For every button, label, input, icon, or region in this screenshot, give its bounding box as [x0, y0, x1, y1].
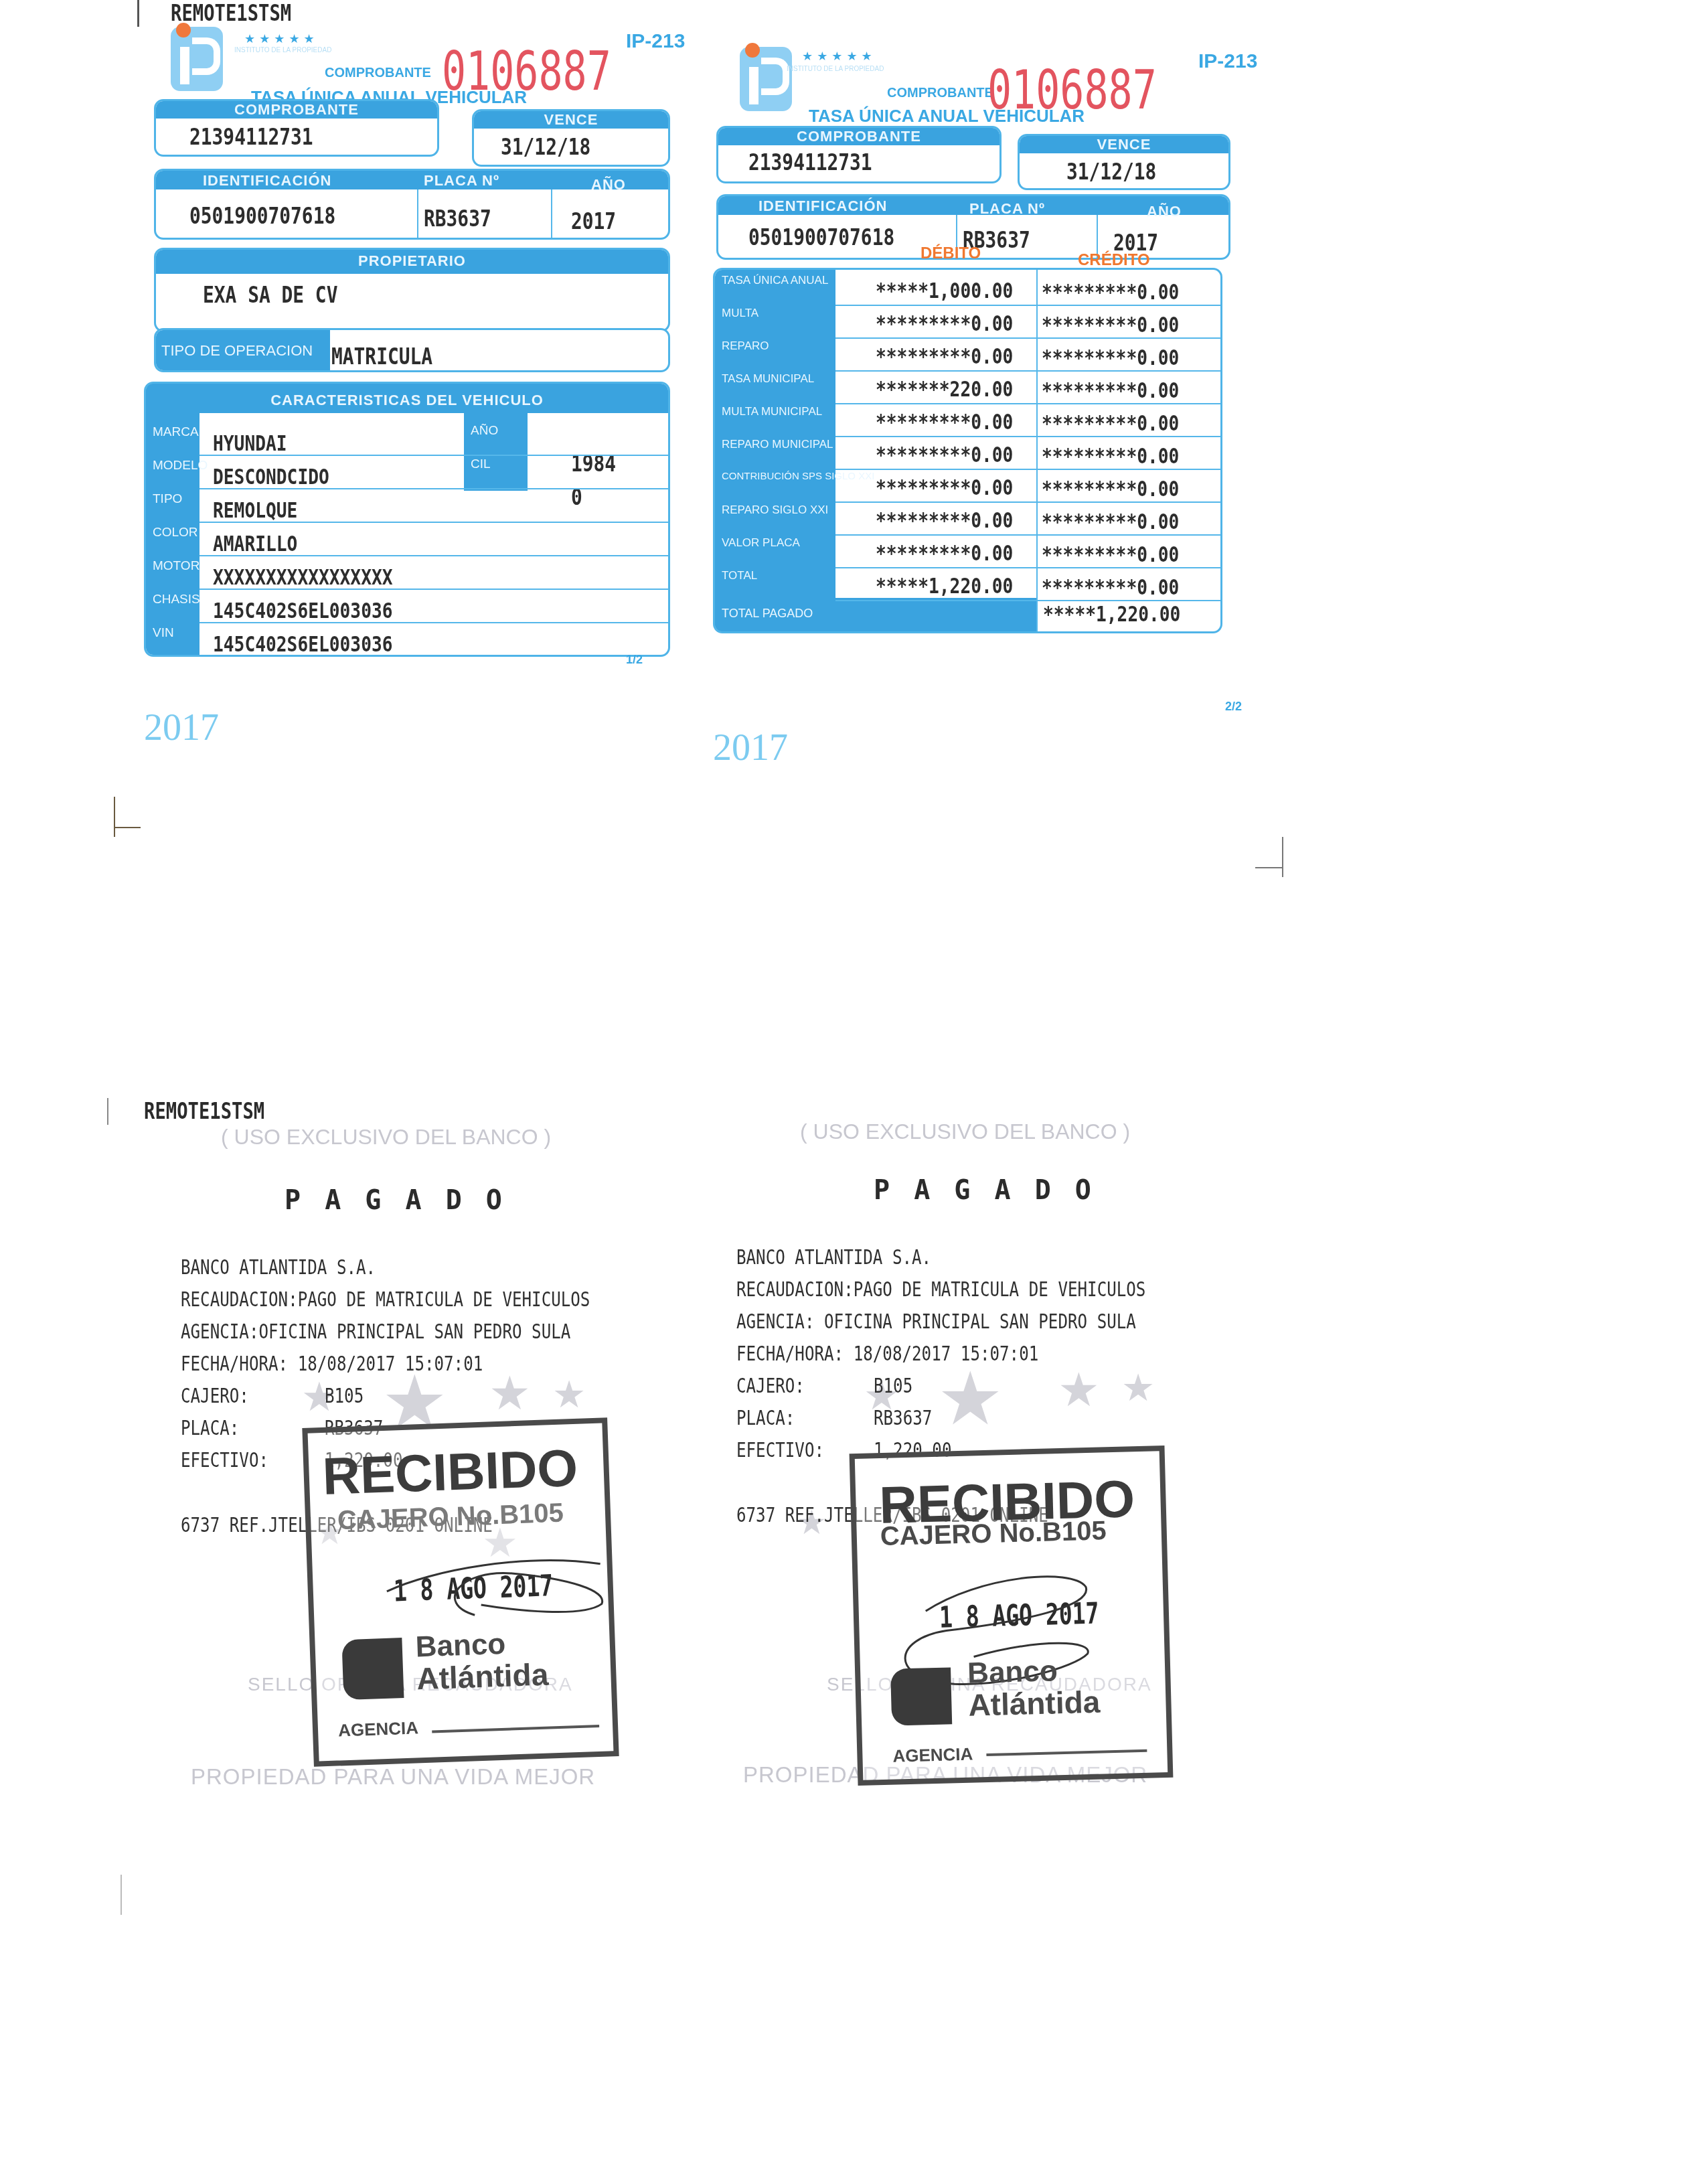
- signature-icon: [378, 1537, 622, 1625]
- identificacion-label: IDENTIFICACIÓN: [758, 198, 887, 215]
- placa-label: PLACA Nº: [424, 172, 499, 189]
- charge-credito: *********0.00: [1042, 345, 1179, 370]
- charge-label: CONTRIBUCIÓN SPS SIGLO XXI: [722, 471, 874, 482]
- institution-caption: INSTITUTO DE LA PROPIEDAD: [234, 47, 331, 54]
- charge-debito: *****1,220.00: [876, 573, 1013, 599]
- vehicle-field-value: AMARILLO: [213, 531, 297, 556]
- anio-value: 2017: [571, 208, 616, 235]
- tipo-operacion-label: TIPO DE OPERACION: [161, 342, 313, 360]
- scan-header: REMOTE1STSM: [144, 1098, 264, 1125]
- charge-label: REPARO MUNICIPAL: [722, 438, 833, 451]
- charge-debito: *********0.00: [876, 508, 1013, 533]
- total-pagado-label: TOTAL PAGADO: [722, 607, 813, 621]
- stamp-bank-line2: Atlántida: [416, 1656, 550, 1697]
- comprobante-label: COMPROBANTE: [718, 128, 999, 145]
- charge-label: REPARO: [722, 339, 769, 353]
- id-plate-year-field: IDENTIFICACIÓN PLACA Nº AÑO 050190070761…: [154, 169, 670, 240]
- tipo-operacion-field: TIPO DE OPERACION MATRICULA: [154, 328, 670, 372]
- vehicle-field-value: 145C402S6EL003036: [213, 598, 393, 623]
- star-icon: ★: [1121, 1366, 1155, 1410]
- charge-debito: *********0.00: [876, 442, 1013, 467]
- identificacion-value: 0501900707618: [748, 224, 894, 251]
- vehicle-tax-form-page-1: ★★★★★ INSTITUTO DE LA PROPIEDAD IP-213 C…: [134, 20, 703, 690]
- charge-credito: *********0.00: [1042, 312, 1179, 337]
- charge-credito: *********0.00: [1042, 509, 1179, 534]
- vehicle-tax-form-page-2: ★★★★★ INSTITUTO DE LA PROPIEDAD IP-213 C…: [703, 40, 1292, 743]
- star-icon: ★: [1058, 1362, 1100, 1417]
- bank-use-caption: ( USO EXCLUSIVO DEL BANCO ): [221, 1125, 551, 1150]
- comprobante-value: 21394112731: [748, 149, 872, 176]
- comprobante-field: COMPROBANTE 21394112731: [716, 126, 1002, 183]
- vehicle-field-value: DESCONDCIDO: [213, 464, 329, 489]
- caracteristicas-field: CARACTERISTICAS DEL VEHICULO AÑO CIL 198…: [144, 382, 670, 657]
- charge-debito: *********0.00: [876, 343, 1013, 369]
- vence-value: 31/12/18: [501, 134, 590, 161]
- received-stamp: RECIBIDO CAJERO No.B105 1 8 AGO 2017 Ban…: [302, 1417, 619, 1767]
- cajero-label: CAJERO:: [181, 1384, 249, 1408]
- vence-field: VENCE 31/12/18: [1018, 134, 1230, 190]
- comprobante-value: 21394112731: [189, 124, 313, 151]
- vehicle-field-value: HYUNDAI: [213, 431, 287, 456]
- vence-label: VENCE: [1020, 136, 1228, 153]
- vehicle-field-label: MODELO: [153, 459, 208, 473]
- vehicle-anio-label: AÑO: [471, 424, 498, 439]
- charge-credito: *********0.00: [1042, 279, 1179, 305]
- stamp-bank-line2: Atlántida: [968, 1684, 1101, 1723]
- anio-label: AÑO: [591, 176, 626, 193]
- institution-caption: INSTITUTO DE LA PROPIEDAD: [787, 66, 884, 73]
- cil-label: CIL: [471, 457, 491, 472]
- charge-debito: *********0.00: [876, 311, 1013, 336]
- credito-label: CRÉDITO: [1078, 251, 1150, 270]
- bank-logo-icon: [341, 1638, 404, 1700]
- footer-slogan: PROPIEDAD PARA UNA VIDA MEJOR: [191, 1764, 595, 1790]
- year-watermark: 2017: [713, 726, 788, 769]
- vence-field: VENCE 31/12/18: [472, 109, 670, 167]
- agency-line: AGENCIA: OFICINA PRINCIPAL SAN PEDRO SUL…: [736, 1310, 1136, 1334]
- vence-value: 31/12/18: [1066, 159, 1156, 185]
- page-indicator: 2/2: [1225, 700, 1242, 714]
- charge-credito: *********0.00: [1042, 574, 1179, 600]
- vence-label: VENCE: [474, 111, 668, 129]
- charge-label: TOTAL: [722, 569, 757, 582]
- placa-label: PLACA Nº: [969, 200, 1045, 218]
- vehicle-field-value: XXXXXXXXXXXXXXXXX: [213, 564, 393, 590]
- propietario-label: PROPIETARIO: [156, 250, 668, 274]
- crop-mark: [114, 827, 141, 828]
- placa-label: PLACA:: [736, 1406, 795, 1430]
- charge-label: REPARO SIGLO XXI: [722, 503, 828, 517]
- charge-credito: *********0.00: [1042, 542, 1179, 567]
- charge-debito: *******220.00: [876, 376, 1013, 402]
- identificacion-value: 0501900707618: [189, 203, 335, 230]
- crop-mark: [121, 1875, 122, 1915]
- charge-label: MULTA: [722, 307, 758, 320]
- placa-label: PLACA:: [181, 1416, 239, 1440]
- comprobante-caption: COMPROBANTE: [325, 66, 431, 81]
- collection-line: RECAUDACION:PAGO DE MATRICULA DE VEHICUL…: [736, 1277, 1145, 1302]
- bank-use-caption: ( USO EXCLUSIVO DEL BANCO ): [800, 1119, 1130, 1144]
- agency-line: AGENCIA:OFICINA PRINCIPAL SAN PEDRO SULA: [181, 1320, 570, 1344]
- stamp-agency: AGENCIA: [892, 1744, 973, 1767]
- cajero-value: B105: [325, 1384, 364, 1408]
- form-code: IP-213: [1198, 50, 1257, 73]
- comprobante-caption: COMPROBANTE: [887, 86, 993, 101]
- crop-mark: [1255, 867, 1282, 868]
- stars-icon: ★★★★★: [244, 32, 319, 46]
- form-title: TASA ÚNICA ANUAL VEHICULAR: [809, 106, 1085, 127]
- vehicle-field-label: MOTOR: [153, 559, 199, 574]
- stamp-cashier: CAJERO No.B105: [880, 1516, 1107, 1552]
- caracteristicas-label: CARACTERISTICAS DEL VEHICULO: [146, 384, 668, 413]
- charge-debito: *********0.00: [876, 540, 1013, 566]
- charge-credito: *********0.00: [1042, 443, 1179, 469]
- charge-label: MULTA MUNICIPAL: [722, 405, 822, 418]
- payment-status: P A G A D O: [874, 1175, 1095, 1206]
- efectivo-label: EFECTIVO:: [736, 1438, 824, 1462]
- vehicle-field-label: CHASIS: [153, 593, 200, 607]
- charge-credito: *********0.00: [1042, 410, 1179, 436]
- charge-credito: *********0.00: [1042, 378, 1179, 403]
- vehicle-field-value: REMOLQUE: [213, 497, 297, 523]
- payment-status: P A G A D O: [285, 1185, 506, 1216]
- total-pagado-value: *****1,220.00: [1043, 601, 1180, 627]
- charges-table: TASA ÚNICA ANUAL*****1,000.00*********0.…: [713, 268, 1222, 633]
- debito-label: DÉBITO: [920, 244, 981, 263]
- vehicle-field-label: MARCA: [153, 425, 199, 440]
- placa-value: RB3637: [874, 1406, 932, 1430]
- comprobante-label: COMPROBANTE: [156, 101, 437, 119]
- anio-label: AÑO: [1147, 203, 1182, 220]
- identificacion-label: IDENTIFICACIÓN: [203, 172, 331, 189]
- charge-debito: *********0.00: [876, 409, 1013, 435]
- vehicle-field-label: COLOR: [153, 526, 198, 540]
- bank-logo-icon: [890, 1667, 952, 1725]
- charge-label: TASA MUNICIPAL: [722, 372, 814, 386]
- tipo-operacion-value: MATRICULA: [331, 343, 432, 370]
- charge-debito: *********0.00: [876, 475, 1013, 500]
- star-icon: ★: [937, 1356, 1004, 1441]
- cajero-label: CAJERO:: [736, 1374, 805, 1398]
- cajero-value: B105: [874, 1374, 912, 1398]
- bank-receipt-2: ( USO EXCLUSIVO DEL BANCO ) P A G A D O …: [710, 1085, 1312, 1821]
- efectivo-label: EFECTIVO:: [181, 1448, 268, 1472]
- bank-name: BANCO ATLANTIDA S.A.: [736, 1245, 931, 1269]
- form-code: IP-213: [626, 30, 685, 53]
- crop-mark: [1282, 837, 1283, 877]
- charge-label: VALOR PLACA: [722, 536, 800, 550]
- propietario-field: PROPIETARIO EXA SA DE CV: [154, 248, 670, 332]
- collection-line: RECAUDACION:PAGO DE MATRICULA DE VEHICUL…: [181, 1288, 590, 1312]
- comprobante-field: COMPROBANTE 21394112731: [154, 99, 439, 157]
- ip-logo-icon: [171, 27, 223, 91]
- placa-value: RB3637: [424, 206, 491, 232]
- stamp-title: RECIBIDO: [321, 1437, 578, 1507]
- vehicle-field-value: 145C402S6EL003036: [213, 631, 393, 657]
- received-stamp: RECIBIDO CAJERO No.B105 1 8 AGO 2017 Ban…: [850, 1446, 1174, 1786]
- year-watermark: 2017: [144, 706, 219, 749]
- star-icon: ★: [552, 1373, 586, 1417]
- stars-icon: ★★★★★: [802, 50, 876, 64]
- star-icon: ★: [489, 1366, 531, 1421]
- vehicle-field-label: TIPO: [153, 492, 182, 507]
- vehicle-field-label: VIN: [153, 626, 174, 641]
- charge-credito: *********0.00: [1042, 476, 1179, 501]
- ip-logo-icon: [740, 47, 792, 111]
- charge-debito: *****1,000.00: [876, 278, 1013, 303]
- stamp-agency: AGENCIA: [338, 1717, 419, 1741]
- bank-name: BANCO ATLANTIDA S.A.: [181, 1255, 376, 1279]
- page-indicator: 1/2: [626, 653, 643, 667]
- propietario-value: EXA SA DE CV: [203, 282, 337, 309]
- crop-mark: [114, 797, 115, 837]
- bank-receipt-1: REMOTE1STSM ( USO EXCLUSIVO DEL BANCO ) …: [107, 1085, 710, 1821]
- charge-label: TASA ÚNICA ANUAL: [722, 274, 828, 287]
